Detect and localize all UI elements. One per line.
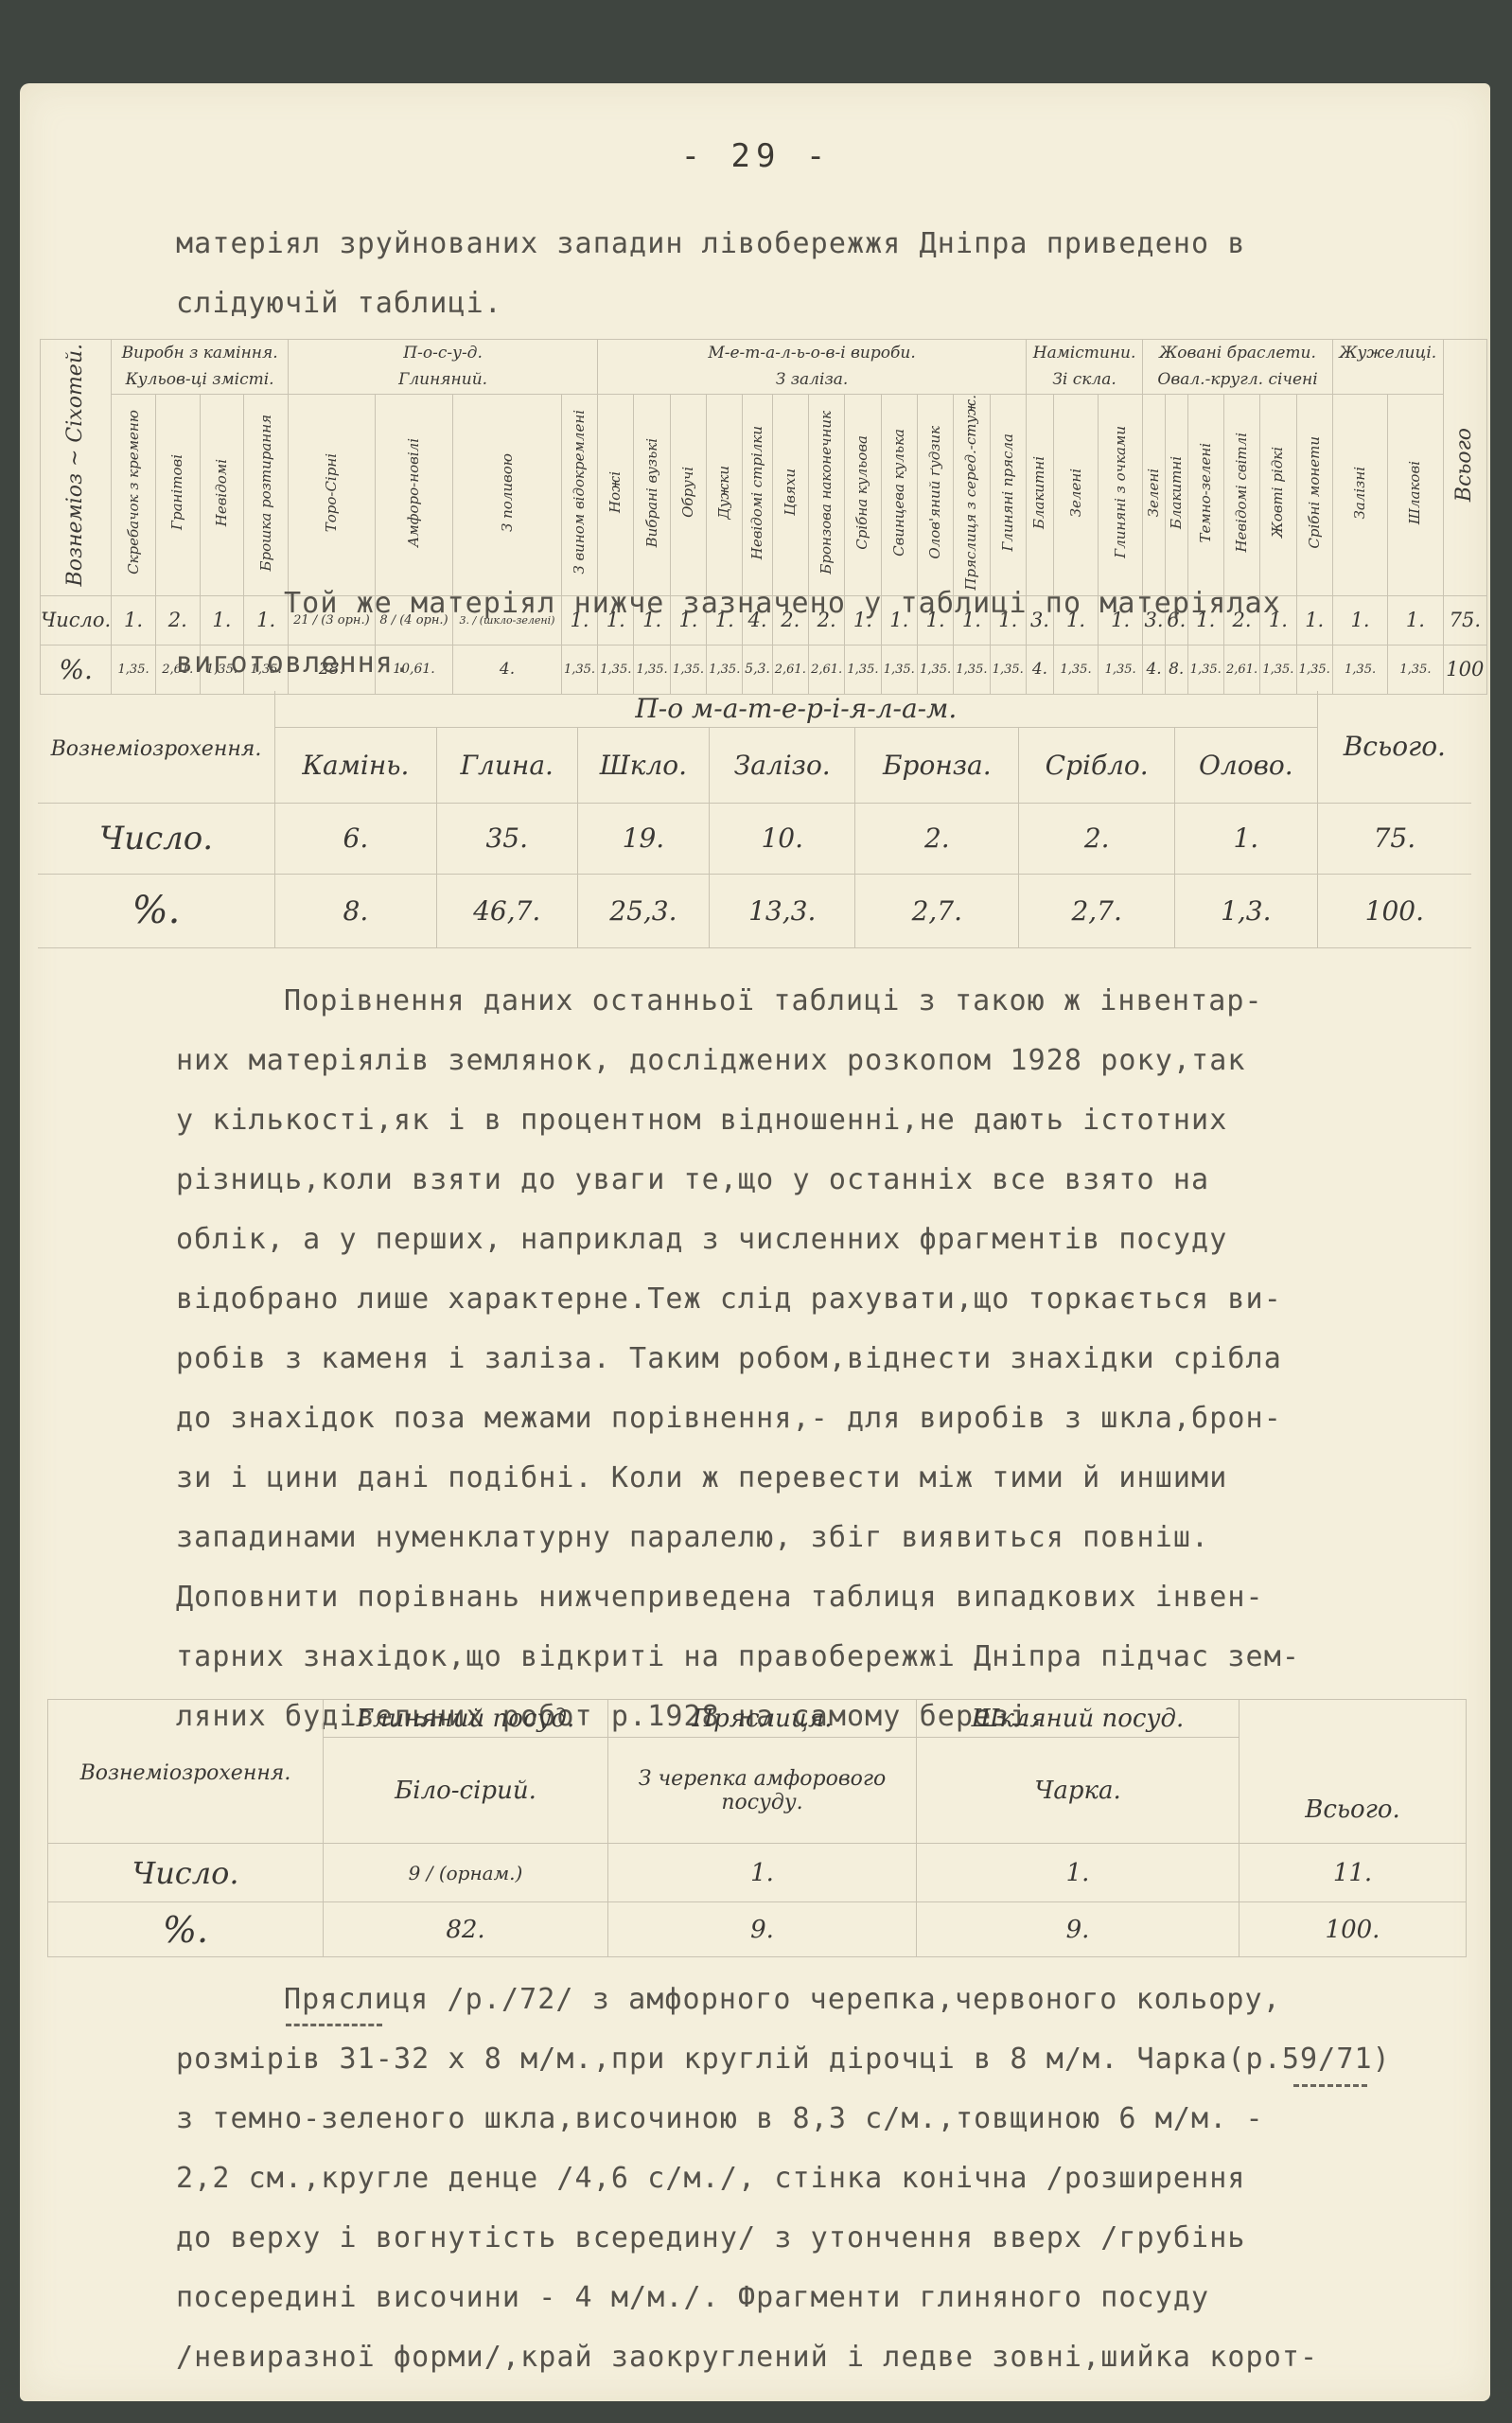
- para-line: Доповнити порівнань нижчеприведена табли…: [176, 1581, 1264, 1614]
- para-line: Той же матеріял нижче зазначено у таблиц…: [284, 587, 1281, 620]
- items-by-type-table: Вознеміоз ~ Сіхотей. Виробн з каміння. П…: [40, 339, 1487, 695]
- cell: 2,61.: [772, 645, 808, 694]
- cell: 13,3.: [710, 874, 855, 947]
- column-header: Обручі: [670, 395, 706, 596]
- cell: 11.: [1239, 1844, 1467, 1902]
- column-header: Глина.: [436, 727, 577, 803]
- cell: 1.: [244, 595, 289, 645]
- group-header: Намістини.: [1026, 340, 1142, 366]
- group-header: Глиняний посуд.: [324, 1700, 608, 1738]
- column-header: Невідомі світлі: [1223, 395, 1259, 596]
- para-line: Пряслиця /р./72/ з амфорного черепка,чер…: [284, 1983, 1281, 2016]
- cell: 46,7.: [436, 874, 577, 947]
- table-row: %. 8. 46,7. 25,3. 13,3. 2,7. 2,7. 1,3. 1…: [38, 874, 1471, 947]
- cell: 1.: [1174, 803, 1317, 874]
- cell: 1,35.: [707, 645, 743, 694]
- para-line: з темно-зеленого шкла,височиною в 8,3 с/…: [176, 2102, 1264, 2135]
- column-header: З поливою: [453, 395, 562, 596]
- column-header: Пряслиця з серед.-стуж.: [954, 395, 990, 596]
- column-header: Вибрані вузькі: [634, 395, 670, 596]
- cell: 1,35.: [990, 645, 1026, 694]
- column-header: Шлакові: [1388, 395, 1443, 596]
- column-header: Всього.: [1317, 691, 1471, 803]
- column-header: Глиняні з очками: [1099, 395, 1143, 596]
- cell: 2,61.: [1223, 645, 1259, 694]
- column-header: Гранітові: [155, 395, 200, 596]
- cell: 19.: [577, 803, 710, 874]
- cell: 25,3.: [577, 874, 710, 947]
- cell: 2,61.: [808, 645, 844, 694]
- para-line: у кількості,як і в процентном відношенні…: [176, 1104, 1227, 1137]
- cell: 10.: [710, 803, 855, 874]
- row-label: %.: [38, 874, 275, 947]
- para-line: до верху і вогнутість всередину/ з утонч…: [176, 2221, 1246, 2255]
- group-header: П-о-с-у-д.: [289, 340, 598, 366]
- cell: 2,7.: [1019, 874, 1175, 947]
- cell: 1,35.: [1054, 645, 1099, 694]
- column-header: Камінь.: [275, 727, 437, 803]
- cell: 1.: [1332, 595, 1387, 645]
- cell: 1,35.: [112, 645, 156, 694]
- cell: 1,35.: [1099, 645, 1143, 694]
- table-row: Число. 6. 35. 19. 10. 2. 2. 1. 75.: [38, 803, 1471, 874]
- column-header: Цвяхи: [772, 395, 808, 596]
- cell: 2.: [1019, 803, 1175, 874]
- group-header: П-о м-а-т-е-р-і-я-л-а-м.: [275, 691, 1318, 727]
- cell: 2,7.: [855, 874, 1019, 947]
- cell: 2.: [155, 595, 200, 645]
- cell: 35.: [436, 803, 577, 874]
- group-header: Шкляний посуд.: [917, 1700, 1239, 1738]
- column-header: Бронза.: [855, 727, 1019, 803]
- cell: 1,35.: [670, 645, 706, 694]
- cell: 100: [1443, 645, 1486, 694]
- row-label-header: Вознеміоз ~ Сіхотей.: [41, 340, 112, 596]
- para-line: Порівнення даних останньої таблиці з так…: [284, 984, 1263, 1017]
- column-header: Торо-Сірні: [289, 395, 376, 596]
- column-header: Олово.: [1174, 727, 1317, 803]
- column-header: Всього: [1443, 340, 1486, 596]
- cell: 1,35.: [634, 645, 670, 694]
- para-line: облік, а у перших, наприклад з численних…: [176, 1223, 1227, 1256]
- cell: 9 / (орнам.): [324, 1844, 608, 1902]
- cell: 1,35.: [1260, 645, 1296, 694]
- group-header: Жужелиці.: [1332, 340, 1443, 366]
- group-header: М-е-т-а-л-ь-о-в-і вироби.: [598, 340, 1027, 366]
- column-header: З черепка амфорового посуду.: [608, 1738, 917, 1844]
- para-line: тарних знахідок,що відкриті на правобере…: [176, 1640, 1300, 1673]
- row-label-header: Вознеміозрохення.: [48, 1700, 324, 1844]
- cell: 8.: [275, 874, 437, 947]
- column-header: Залізні: [1332, 395, 1387, 596]
- column-header: Глиняні прясла: [990, 395, 1026, 596]
- column-header: Срібло.: [1019, 727, 1175, 803]
- items-by-material-table: Вознеміозрохення. П-о м-а-т-е-р-і-я-л-а-…: [38, 691, 1471, 948]
- cell: 75.: [1443, 595, 1486, 645]
- cell: 100.: [1317, 874, 1471, 947]
- cell: 1.: [1388, 595, 1443, 645]
- column-header: Ножі: [598, 395, 634, 596]
- cell: 1,35.: [845, 645, 881, 694]
- cell: 2.: [855, 803, 1019, 874]
- row-label: %.: [41, 645, 112, 694]
- para-line: зи і цини дані подібні. Коли ж перевести…: [176, 1461, 1227, 1494]
- cell: 1,35.: [881, 645, 917, 694]
- column-header: Зелені: [1054, 395, 1099, 596]
- para-line: різниць,коли взяти до уваги те,що у оста…: [176, 1163, 1209, 1196]
- subgroup-header: Кульов-ці змісті.: [112, 366, 289, 395]
- para-line: западинами нуменклатурну паралелю, збіг …: [176, 1521, 1209, 1554]
- column-header: Блакитні: [1026, 395, 1053, 596]
- column-header: Блакитні: [1165, 395, 1187, 596]
- chance-finds-table: Вознеміозрохення. Глиняний посуд. Прясли…: [47, 1699, 1467, 1957]
- cell: 1.: [608, 1844, 917, 1902]
- column-header: Амфоро-новілі: [375, 395, 452, 596]
- column-header: Зелені: [1143, 395, 1166, 596]
- row-label: Число.: [38, 803, 275, 874]
- table-row: %. 82. 9. 9. 100.: [48, 1902, 1467, 1957]
- para-line: них матеріялів землянок, досліджених роз…: [176, 1044, 1246, 1077]
- column-header: Свинцева кулька: [881, 395, 917, 596]
- row-label-header: Вознеміозрохення.: [38, 691, 275, 803]
- cell: 9.: [608, 1902, 917, 1957]
- cell: 4.: [453, 645, 562, 694]
- cell: 1.: [917, 1844, 1239, 1902]
- cell: 1,35.: [598, 645, 634, 694]
- column-header: Шкло.: [577, 727, 710, 803]
- group-header: Пряслиця.: [608, 1700, 917, 1738]
- page-number: - 29 -: [0, 137, 1512, 175]
- group-header: Жовані браслети.: [1143, 340, 1333, 366]
- underline-mark: [286, 2024, 382, 2026]
- para-line: відобрано лише характерне.Теж слід рахув…: [176, 1282, 1282, 1316]
- cell: 1,3.: [1174, 874, 1317, 947]
- cell: 1.: [200, 595, 244, 645]
- column-header: Брошка розтирання: [244, 395, 289, 596]
- cell: 9.: [917, 1902, 1239, 1957]
- subgroup-header: [1332, 366, 1443, 395]
- intro-line: слідуючій таблиці.: [176, 287, 502, 320]
- row-label: Число.: [41, 595, 112, 645]
- column-header: Бронзова наконечник: [808, 395, 844, 596]
- cell: 100.: [1239, 1902, 1467, 1957]
- column-header: З вином відокремлені: [561, 395, 597, 596]
- table-row: Число. 9 / (орнам.) 1. 1. 11.: [48, 1844, 1467, 1902]
- group-header: Виробн з каміння.: [112, 340, 289, 366]
- column-header: Темно-зелені: [1187, 395, 1223, 596]
- row-label: %.: [48, 1902, 324, 1957]
- column-header: Срібні монети: [1296, 395, 1332, 596]
- para-line: до знахідок поза межами порівнення,- для…: [176, 1402, 1282, 1435]
- cell: 4.: [1026, 645, 1053, 694]
- para-line: робів з каменя і заліза. Таким робом,від…: [176, 1342, 1282, 1375]
- subgroup-header: Глиняний.: [289, 366, 598, 395]
- para-line: /невиразної форми/,край заокруглений і л…: [176, 2341, 1318, 2374]
- cell: 1,35.: [1296, 645, 1332, 694]
- cell: 1,35.: [917, 645, 953, 694]
- cell: 4.: [1143, 645, 1166, 694]
- subgroup-header: Овал.-кругл. січені: [1143, 366, 1333, 395]
- column-header: Чарка.: [917, 1738, 1239, 1844]
- cell: 8.: [1165, 645, 1187, 694]
- row-label: Число.: [48, 1844, 324, 1902]
- underline-mark: [1293, 2084, 1367, 2087]
- column-header: Олов'яний ґудзик: [917, 395, 953, 596]
- column-header: Всього.: [1239, 1700, 1467, 1844]
- cell: 5,3.: [743, 645, 772, 694]
- column-header: Срібна кульова: [845, 395, 881, 596]
- cell: 6.: [275, 803, 437, 874]
- para-line: посередині височини - 4 м/м./. Фрагменти…: [176, 2281, 1209, 2314]
- column-header: Біло-сірий.: [324, 1738, 608, 1844]
- cell: 1,35.: [954, 645, 990, 694]
- para-line: 2,2 см.,кругле денце /4,6 с/м./, стінка …: [176, 2162, 1246, 2195]
- para-line: виготовлення.: [176, 646, 412, 680]
- para-line: розмірів 31-32 х 8 м/м.,при круглій діро…: [176, 2043, 1391, 2076]
- column-header: Жовті рідкі: [1260, 395, 1296, 596]
- cell: 75.: [1317, 803, 1471, 874]
- column-header: Скребачок з кременю: [112, 395, 156, 596]
- subgroup-header: Зі скла.: [1026, 366, 1142, 395]
- column-header: Залізо.: [710, 727, 855, 803]
- cell: 1,35.: [1388, 645, 1443, 694]
- subgroup-header: З заліза.: [598, 366, 1027, 395]
- cell: 1,35.: [1187, 645, 1223, 694]
- cell: 1,35.: [561, 645, 597, 694]
- cell: 82.: [324, 1902, 608, 1957]
- cell: 1.: [1296, 595, 1332, 645]
- column-header: Невідомі стрілки: [743, 395, 772, 596]
- column-header: Дужки: [707, 395, 743, 596]
- cell: 1.: [112, 595, 156, 645]
- column-header: Невідомі: [200, 395, 244, 596]
- intro-line: матеріял зруйнованих западин лівобережжя…: [176, 227, 1246, 260]
- cell: 1,35.: [1332, 645, 1387, 694]
